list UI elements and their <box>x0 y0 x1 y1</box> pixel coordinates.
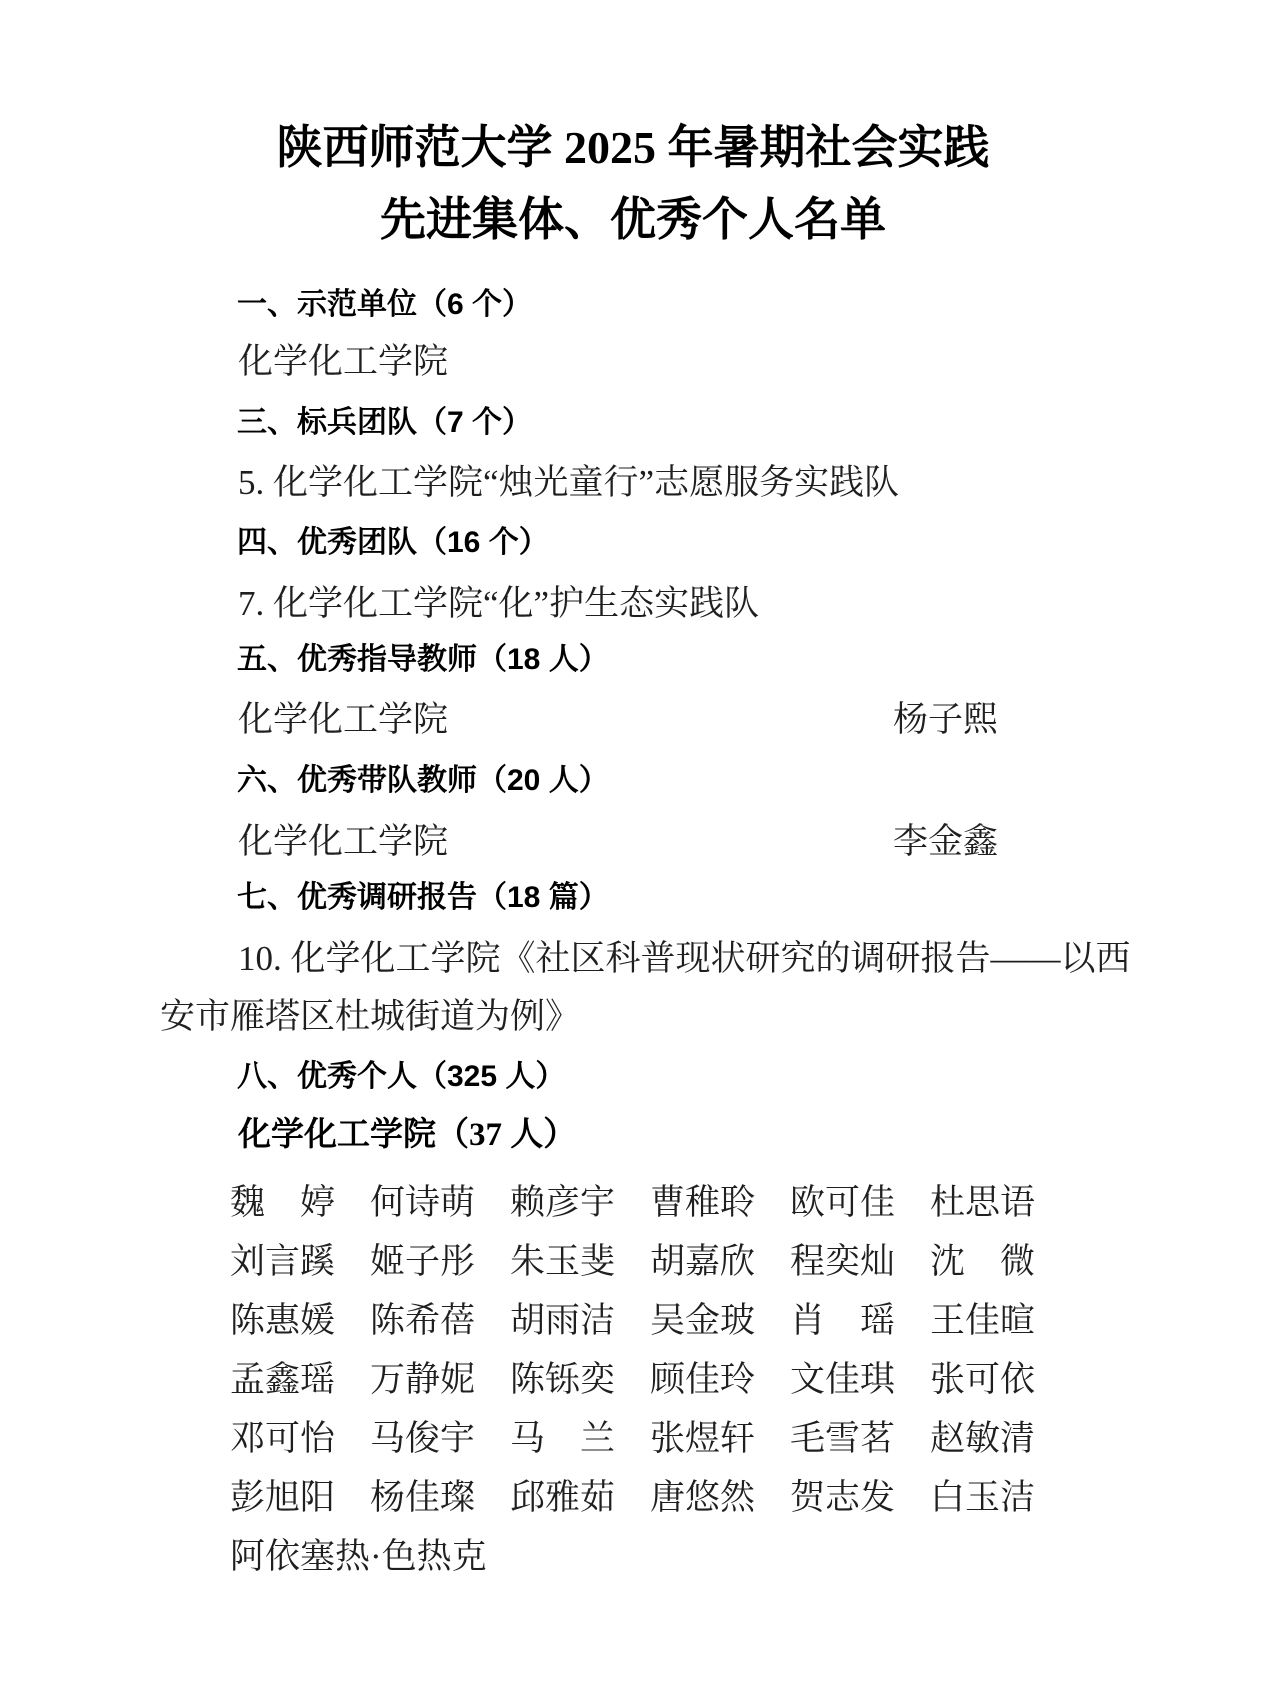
section-heading-model-team: 三、标兵团队（7 个） <box>237 406 532 441</box>
demo-unit-item: 化学化工学院 <box>238 342 448 382</box>
document-title-line-2: 先进集体、优秀个人名单 <box>0 194 1266 247</box>
name-row-5: 邓可怡 马俊宇 马 兰 张煜轩 毛雪茗 赵敏清 <box>230 1419 1070 1459</box>
person-name: 赖彦宇 <box>510 1183 615 1223</box>
section-heading-excellent-team: 四、优秀团队（16 个） <box>237 526 549 561</box>
excellent-advisor-name: 杨子熙 <box>893 700 998 740</box>
person-name: 程奕灿 <box>790 1242 895 1282</box>
person-name: 贺志发 <box>790 1478 895 1518</box>
person-name: 彭旭阳 <box>230 1478 335 1518</box>
person-name: 唐悠然 <box>650 1478 755 1518</box>
person-name: 文佳琪 <box>790 1360 895 1400</box>
person-name: 张可依 <box>930 1360 1035 1400</box>
person-name: 白玉洁 <box>930 1478 1035 1518</box>
person-name: 张煜轩 <box>650 1419 755 1459</box>
person-name: 赵敏清 <box>930 1419 1035 1459</box>
section-heading-excellent-advisor: 五、优秀指导教师（18 人） <box>237 643 609 678</box>
person-name: 孟鑫瑶 <box>230 1360 335 1400</box>
person-name: 陈希蓓 <box>370 1301 475 1341</box>
document-page: 陕西师范大学 2025 年暑期社会实践 先进集体、优秀个人名单 一、示范单位（6… <box>0 0 1266 1701</box>
person-name: 陈惠媛 <box>230 1301 335 1341</box>
person-name: 何诗萌 <box>370 1183 475 1223</box>
excellent-individual-college-heading: 化学化工学院（37 人） <box>238 1117 576 1155</box>
person-name: 魏 婷 <box>230 1183 335 1223</box>
excellent-report-item-line-2: 安市雁塔区杜城街道为例》 <box>160 997 580 1037</box>
excellent-leading-teacher-college: 化学化工学院 <box>238 822 448 862</box>
person-name: 胡嘉欣 <box>650 1242 755 1282</box>
person-name: 胡雨洁 <box>510 1301 615 1341</box>
person-name: 姬子彤 <box>370 1242 475 1282</box>
person-name: 吴金玻 <box>650 1301 755 1341</box>
section-heading-excellent-leading-teacher: 六、优秀带队教师（20 人） <box>237 764 609 799</box>
person-name: 王佳暄 <box>930 1301 1035 1341</box>
excellent-advisor-college: 化学化工学院 <box>238 700 448 740</box>
person-name: 马 兰 <box>510 1419 615 1459</box>
person-name: 刘言蹊 <box>230 1242 335 1282</box>
name-row-7: 阿依塞热·色热克 <box>230 1537 487 1577</box>
excellent-leading-teacher-name: 李金鑫 <box>893 822 998 862</box>
section-heading-demo-unit: 一、示范单位（6 个） <box>237 288 532 323</box>
person-name: 欧可佳 <box>790 1183 895 1223</box>
person-name: 邓可怡 <box>230 1419 335 1459</box>
model-team-item: 5. 化学化工学院“烛光童行”志愿服务实践队 <box>238 463 899 503</box>
person-name: 杨佳璨 <box>370 1478 475 1518</box>
name-row-6: 彭旭阳 杨佳璨 邱雅茹 唐悠然 贺志发 白玉洁 <box>230 1478 1070 1518</box>
name-row-2: 刘言蹊 姬子彤 朱玉斐 胡嘉欣 程奕灿 沈 微 <box>230 1242 1070 1282</box>
person-name: 朱玉斐 <box>510 1242 615 1282</box>
person-name: 杜思语 <box>930 1183 1035 1223</box>
person-name: 阿依塞热·色热克 <box>230 1537 487 1577</box>
document-title-line-1: 陕西师范大学 2025 年暑期社会实践 <box>0 122 1266 175</box>
person-name: 毛雪茗 <box>790 1419 895 1459</box>
person-name: 沈 微 <box>930 1242 1035 1282</box>
person-name: 肖 瑶 <box>790 1301 895 1341</box>
person-name: 万静妮 <box>370 1360 475 1400</box>
person-name: 邱雅茹 <box>510 1478 615 1518</box>
section-heading-excellent-individual: 八、优秀个人（325 人） <box>237 1060 565 1095</box>
person-name: 马俊宇 <box>370 1419 475 1459</box>
excellent-team-item: 7. 化学化工学院“化”护生态实践队 <box>238 584 759 624</box>
name-row-1: 魏 婷 何诗萌 赖彦宇 曹稚聆 欧可佳 杜思语 <box>230 1183 1070 1223</box>
name-row-3: 陈惠媛 陈希蓓 胡雨洁 吴金玻 肖 瑶 王佳暄 <box>230 1301 1070 1341</box>
person-name: 顾佳玲 <box>650 1360 755 1400</box>
person-name: 陈铄奕 <box>510 1360 615 1400</box>
section-heading-excellent-report: 七、优秀调研报告（18 篇） <box>237 881 609 916</box>
excellent-report-item-line-1: 10. 化学化工学院《社区科普现状研究的调研报告——以西 <box>238 939 1131 979</box>
person-name: 曹稚聆 <box>650 1183 755 1223</box>
name-row-4: 孟鑫瑶 万静妮 陈铄奕 顾佳玲 文佳琪 张可依 <box>230 1360 1070 1400</box>
